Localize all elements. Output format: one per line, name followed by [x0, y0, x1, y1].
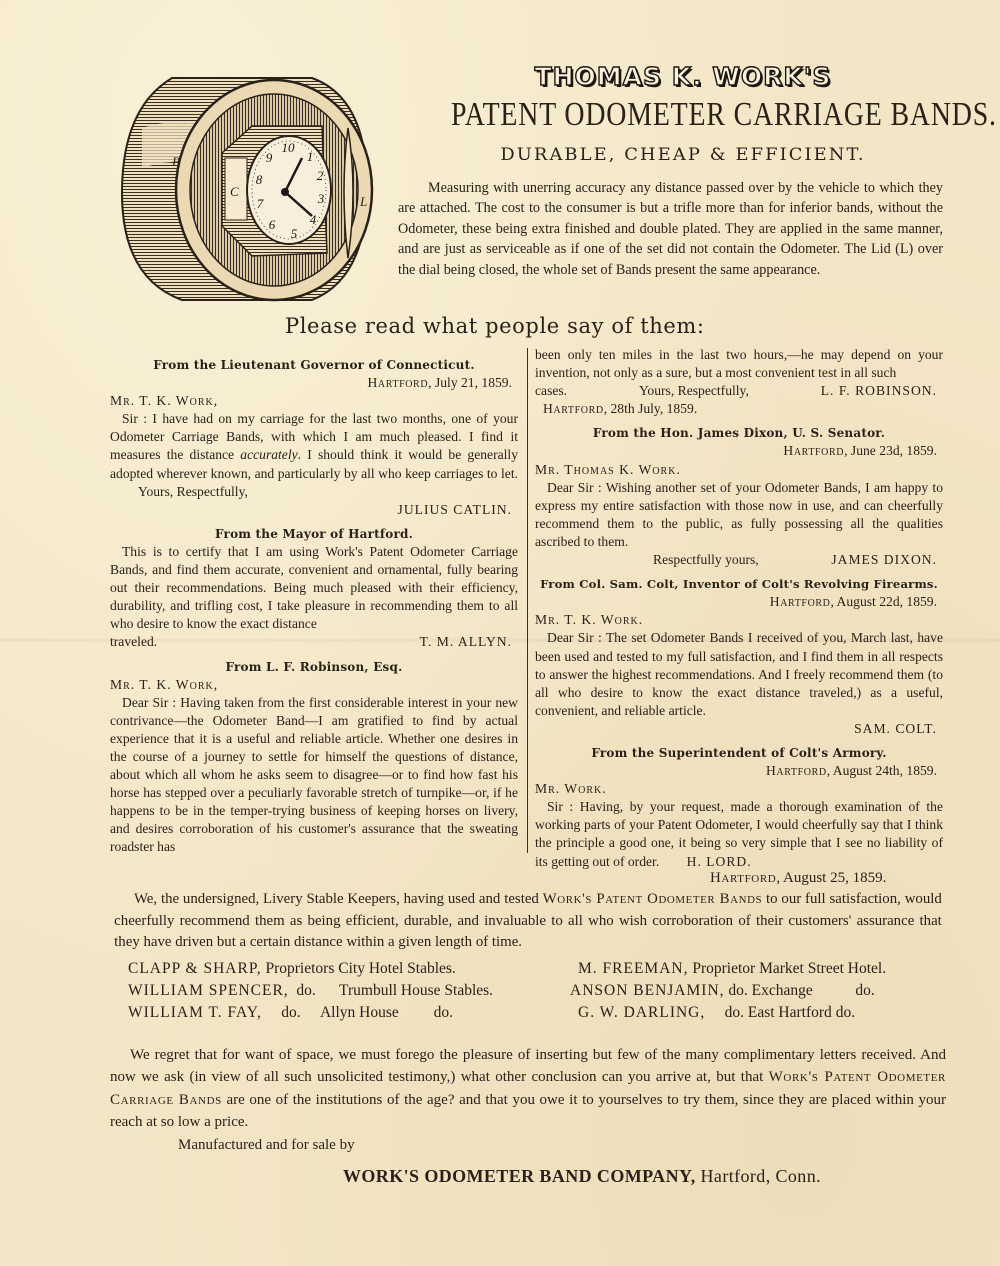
signer-row: CLAPP & SHARP, Proprietors City Hotel St… [128, 958, 948, 980]
dateline: Hartford, August 22d, 1859. [535, 593, 943, 611]
testimonial-allyn: From the Mayor of Hartford. This is to c… [110, 525, 518, 652]
intro-paragraph: Measuring with unerring accuracy any dis… [398, 178, 943, 280]
title-main: THOMAS K. WORK'S [400, 62, 966, 91]
signer-row-2: WILLIAM SPENCER, do. Trumbull House Stab… [128, 980, 493, 1002]
closing: Respectfully yours, [653, 551, 759, 569]
svg-text:8: 8 [256, 172, 263, 187]
closing: Yours, Respectfully, [110, 484, 248, 499]
letter-body: Dear Sir : Having taken from the first c… [110, 694, 518, 857]
dateline: Hartford, August 24th, 1859. [535, 762, 943, 780]
tagline: DURABLE, CHEAP & EFFICIENT. [386, 145, 980, 165]
letter-body: Sir : Having, by your request, made a th… [535, 798, 943, 870]
dateline: Hartford, 28th July, 1859. [535, 400, 943, 418]
signature: L. F. ROBINSON. [821, 382, 937, 400]
dateline: Hartford, July 21, 1859. [110, 374, 518, 392]
svg-text:7: 7 [257, 196, 264, 211]
svg-text:1: 1 [307, 149, 314, 164]
label-l: L [359, 194, 367, 209]
signature: SAM. COLT. [535, 720, 943, 738]
closing: Yours, Respectfully, [639, 382, 749, 400]
testimonials-left-column: From the Lieutenant Governor of Connecti… [110, 350, 518, 857]
signature: JULIUS CATLIN. [110, 501, 518, 519]
testimonial-dixon: From the Hon. James Dixon, U. S. Senator… [535, 424, 943, 569]
odometer-illustration: C 10 1 2 3 4 5 6 7 8 9 B L [112, 68, 382, 308]
svg-text:10: 10 [282, 140, 296, 155]
svg-text:9: 9 [266, 150, 273, 165]
letter-body: Dear Sir : The set Odometer Bands I rece… [535, 629, 943, 719]
salutation: Mr. T. K. Work, [110, 392, 518, 410]
salutation: Mr. Thomas K. Work. [535, 461, 943, 479]
signature: T. M. ALLYN. [420, 633, 518, 651]
title-sub: PATENT ODOMETER CARRIAGE BANDS. [451, 96, 915, 134]
salutation: Mr. T. K. Work. [535, 611, 943, 629]
svg-text:6: 6 [269, 217, 276, 232]
letter-body: This is to certify that I am using Work'… [110, 543, 518, 633]
svg-text:5: 5 [291, 226, 298, 241]
closing-paragraph: We regret that for want of space, we mus… [110, 1044, 946, 1134]
testimonial-source: From the Superintendent of Colt's Armory… [535, 744, 943, 762]
product-name: Work's Patent Odometer Bands [543, 891, 763, 907]
signer-row: WILLIAM T. FAY, do. Allyn House do. G. W… [128, 1002, 948, 1024]
company-name: WORK'S ODOMETER BAND COMPANY, Hartford, … [343, 1166, 821, 1187]
testimonial-source: From the Mayor of Hartford. [110, 525, 518, 543]
livery-statement: We, the undersigned, Livery Stable Keepe… [114, 889, 942, 954]
salutation: Mr. Work. [535, 780, 943, 798]
signer-row-2-right: ANSON BENJAMIN, do. Exchange do. [570, 980, 875, 1002]
letter-body: Sir : I have had on my carriage for the … [110, 410, 518, 500]
testimonial-source: From Col. Sam. Colt, Inventor of Colt's … [535, 575, 943, 593]
manufactured-by: Manufactured and for sale by [178, 1137, 355, 1154]
testimonial-lord: From the Superintendent of Colt's Armory… [535, 744, 943, 871]
salutation: Mr. T. K. Work, [110, 676, 518, 694]
testimonials-right-column: been only ten miles in the last two hour… [535, 346, 943, 871]
svg-text:3: 3 [317, 191, 325, 206]
signature: JAMES DIXON. [831, 551, 937, 569]
letter-body: Dear Sir : Wishing another set of your O… [535, 479, 943, 551]
letter-body-continued: been only ten miles in the last two hour… [535, 346, 943, 382]
testimonial-robinson-continued: been only ten miles in the last two hour… [535, 346, 943, 418]
testimonial-catlin: From the Lieutenant Governor of Connecti… [110, 356, 518, 519]
label-b: B [172, 154, 180, 169]
testimonial-colt: From Col. Sam. Colt, Inventor of Colt's … [535, 575, 943, 738]
testimonials-heading: Please read what people say of them: [285, 314, 805, 338]
odometer-band-engraving-icon: C 10 1 2 3 4 5 6 7 8 9 B L [112, 68, 382, 308]
testimonial-robinson: From L. F. Robinson, Esq. Mr. T. K. Work… [110, 658, 518, 857]
svg-text:2: 2 [317, 168, 324, 183]
testimonial-source: From L. F. Robinson, Esq. [110, 658, 518, 676]
signature: H. LORD. [663, 854, 752, 869]
testimonial-source: From the Hon. James Dixon, U. S. Senator… [535, 424, 943, 442]
livery-dateline: Hartford, August 25, 1859. [710, 870, 886, 887]
column-divider [527, 348, 528, 853]
dateline: Hartford, June 23d, 1859. [535, 442, 943, 460]
testimonial-source: From the Lieutenant Governor of Connecti… [110, 356, 518, 374]
label-c: C [230, 184, 239, 199]
